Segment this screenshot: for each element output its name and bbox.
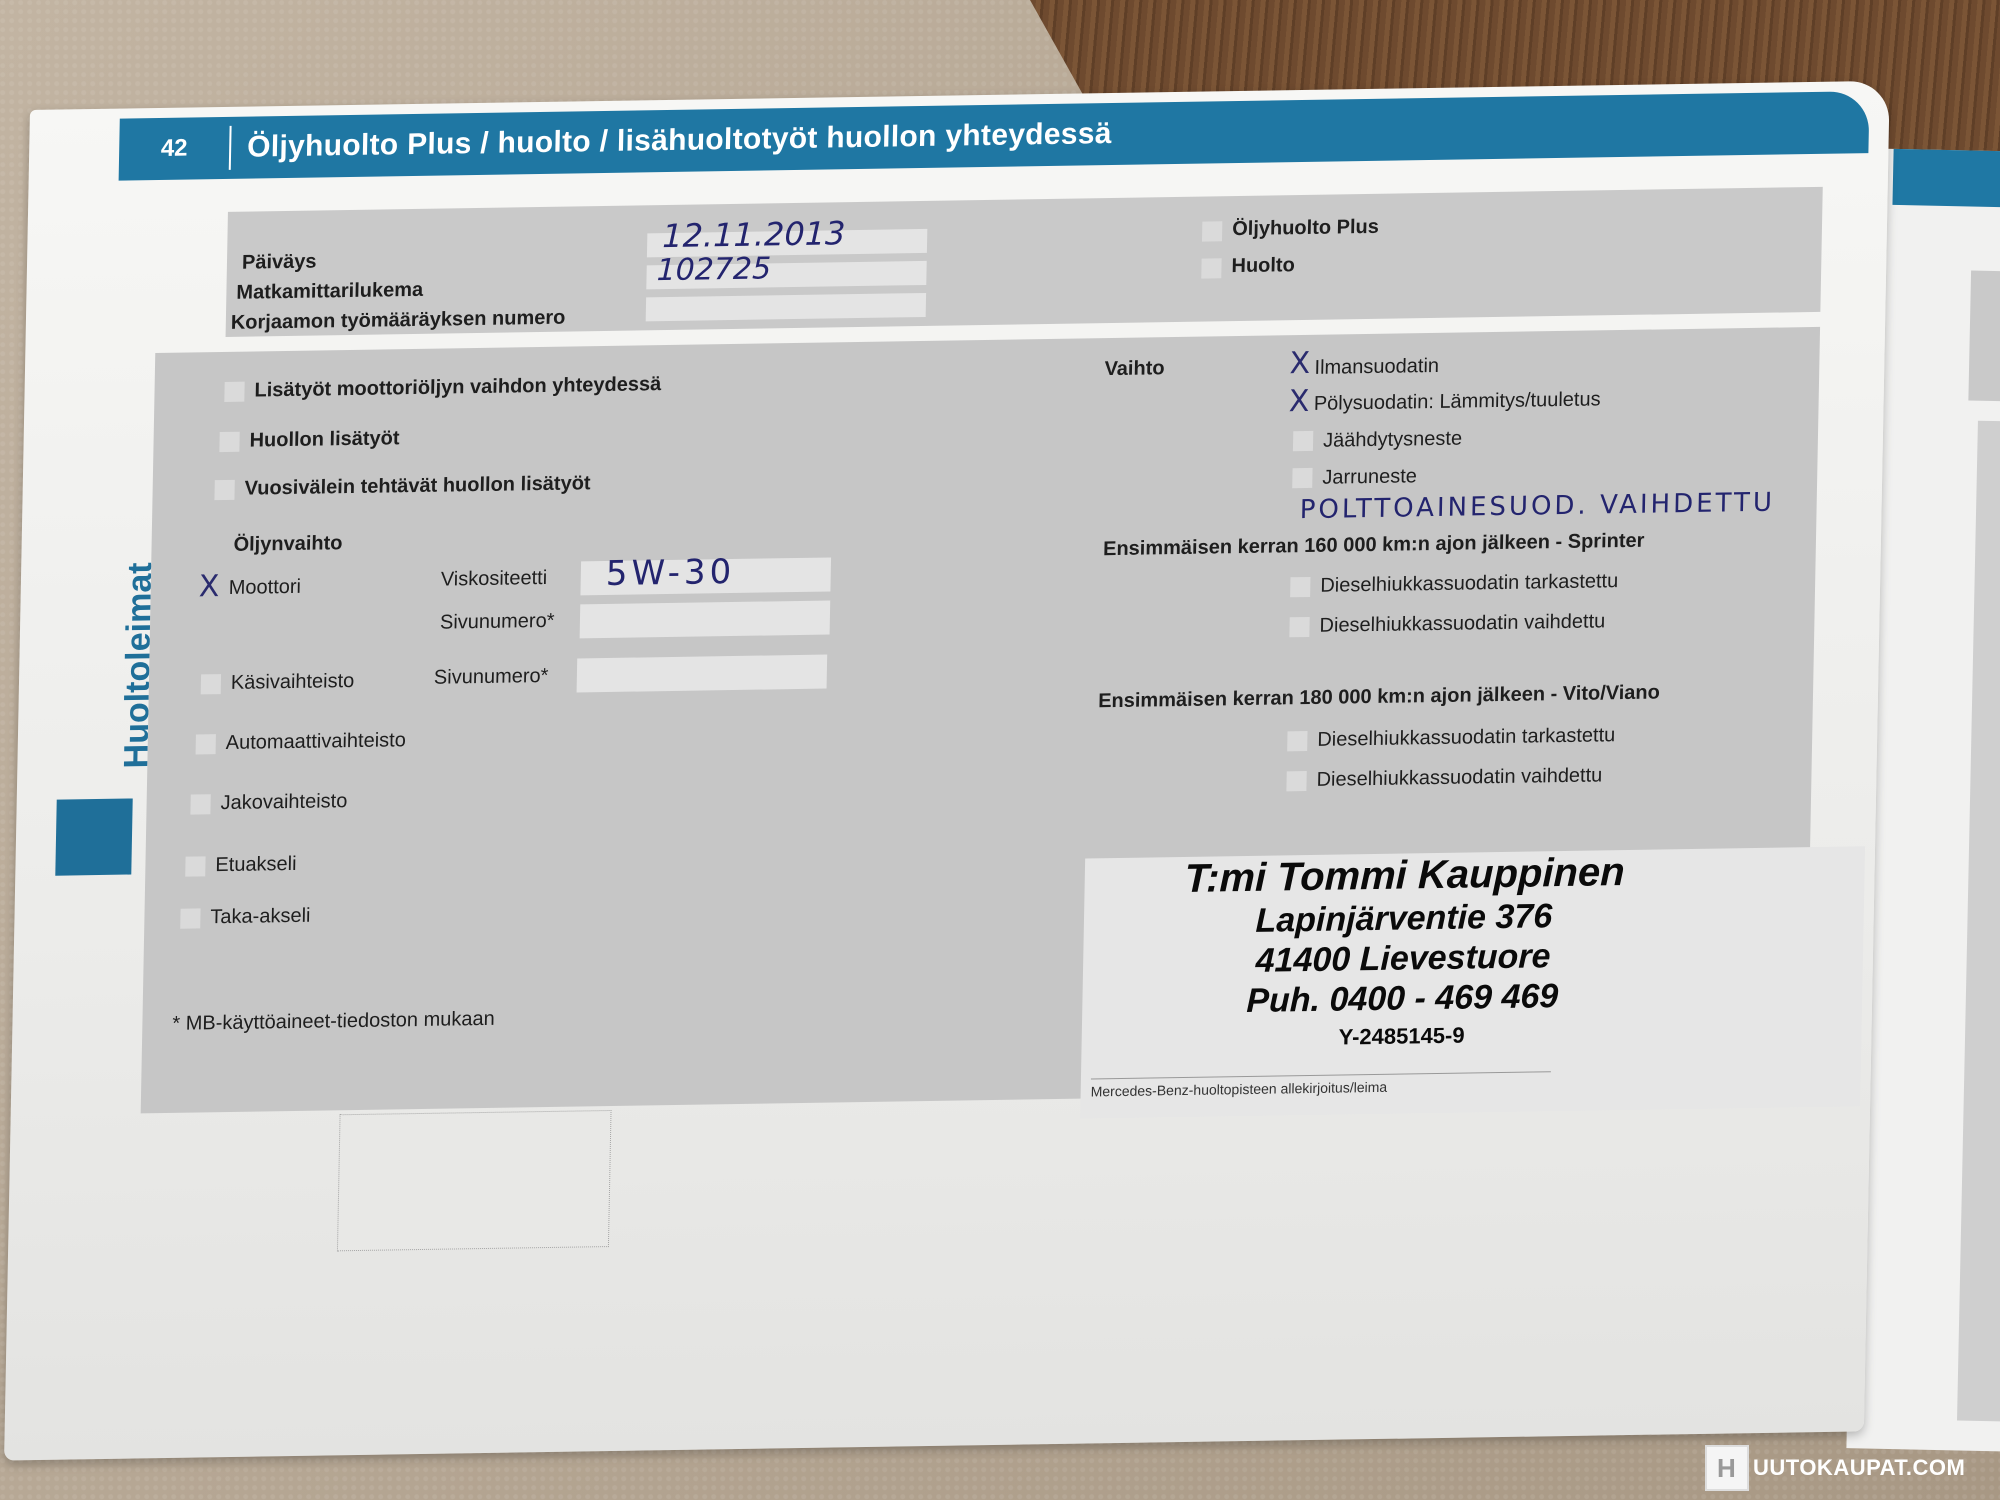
vito-dpf-replaced-label: Dieselhiukkassuodatin vaihdettu: [1316, 764, 1602, 791]
signature-line: [1091, 1071, 1551, 1079]
watermark: H UUTOKAUPAT.COM: [1705, 1445, 1965, 1491]
polysuodatin-label: Pölysuodatin: Lämmitys/tuuletus: [1314, 388, 1601, 416]
footnote: * MB-käyttöaineet-tiedoston mukaan: [172, 1008, 495, 1036]
vuosivalein-lisatyot-label: Vuosivälein tehtävät huollon lisätyöt: [244, 472, 590, 500]
page-number-field-2[interactable]: [577, 655, 828, 693]
odometer-label: Matkamittarilukema: [236, 279, 423, 305]
polysuodatin-check-mark[interactable]: X: [1289, 387, 1310, 417]
page-number: 42: [119, 126, 232, 172]
checkbox-vito-dpf-replaced[interactable]: [1286, 771, 1306, 791]
page-number-label-2: Sivunumero*: [434, 665, 549, 690]
stamp-business-id: Y-2485145-9: [1081, 1019, 1721, 1055]
checkbox-huollon-lisatyot[interactable]: [219, 432, 239, 452]
lisatyot-oljynvaihto-label: Lisätyöt moottoriöljyn vaihdon yhteydess…: [254, 373, 661, 402]
ilmansuodatin-label: Ilmansuodatin: [1314, 355, 1439, 380]
checkbox-oljyhuolto-plus[interactable]: [1202, 221, 1222, 241]
checkbox-kasivaihteisto[interactable]: [201, 674, 221, 694]
engine-check-mark[interactable]: X: [198, 572, 219, 602]
signature-caption: Mercedes-Benz-huoltopisteen allekirjoitu…: [1091, 1079, 1388, 1100]
etuakseli-label: Etuakseli: [215, 853, 297, 877]
kasivaihteisto-label: Käsivaihteisto: [231, 670, 355, 695]
checkbox-vuosivalein-lisatyot[interactable]: [214, 480, 234, 500]
taka-akseli-label: Taka-akseli: [210, 905, 310, 930]
page-number-label-1: Sivunumero*: [440, 610, 555, 635]
watermark-text: UUTOKAUPAT.COM: [1753, 1455, 1965, 1481]
service-booklet: 42 Öljyhuolto Plus / huolto / lisähuolto…: [0, 0, 2000, 1500]
work-order-field[interactable]: [646, 293, 926, 321]
huollon-lisatyot-label: Huollon lisätyöt: [249, 427, 399, 452]
checkbox-automaattivaihteisto[interactable]: [196, 734, 216, 754]
huolto-label: Huolto: [1231, 254, 1295, 278]
page-title: Öljyhuolto Plus / huolto / lisähuoltotyö…: [247, 117, 1112, 165]
ilmansuodatin-check-mark[interactable]: X: [1289, 349, 1310, 379]
checkbox-jakovaihteisto[interactable]: [190, 794, 210, 814]
vito-heading: Ensimmäisen kerran 180 000 km:n ajon jäl…: [1098, 681, 1660, 713]
page-header: 42 Öljyhuolto Plus / huolto / lisähuolto…: [119, 91, 1870, 181]
date-label: Päiväys: [242, 251, 317, 275]
change-heading: Vaihto: [1104, 357, 1164, 381]
jaahdytysneste-label: Jäähdytysneste: [1323, 428, 1462, 453]
handwritten-note: POLTTOAINESUOD. VAIHDETTU: [1299, 488, 1775, 525]
viscosity-value: 5W-30: [605, 552, 735, 594]
odometer-value: 102725: [656, 251, 771, 288]
oljyhuolto-plus-label: Öljyhuolto Plus: [1232, 216, 1379, 241]
jarruneste-label: Jarruneste: [1322, 465, 1417, 489]
jakovaihteisto-label: Jakovaihteisto: [220, 790, 347, 815]
engine-label: Moottori: [229, 576, 302, 600]
checkbox-huolto[interactable]: [1201, 258, 1221, 278]
automaattivaihteisto-label: Automaattivaihteisto: [226, 729, 407, 755]
vito-dpf-checked-label: Dieselhiukkassuodatin tarkastettu: [1317, 724, 1615, 752]
stamp-area: T:mi Tommi Kauppinen Lapinjärventie 376 …: [1080, 846, 1865, 1118]
checkbox-vito-dpf-checked[interactable]: [1287, 731, 1307, 751]
checkbox-jarruneste[interactable]: [1292, 468, 1312, 488]
checkbox-sprinter-dpf-replaced[interactable]: [1289, 617, 1309, 637]
side-tab-marker: [55, 798, 132, 875]
erased-stamp-mark: [338, 1111, 611, 1250]
sprinter-heading: Ensimmäisen kerran 160 000 km:n ajon jäl…: [1103, 530, 1645, 562]
checkbox-etuakseli[interactable]: [185, 856, 205, 876]
sprinter-dpf-replaced-label: Dieselhiukkassuodatin vaihdettu: [1319, 610, 1605, 637]
page-number-field-1[interactable]: [580, 600, 831, 638]
checkbox-taka-akseli[interactable]: [180, 908, 200, 928]
sprinter-dpf-checked-label: Dieselhiukkassuodatin tarkastettu: [1320, 570, 1618, 598]
checkbox-sprinter-dpf-checked[interactable]: [1290, 577, 1310, 597]
viscosity-label: Viskositeetti: [441, 567, 548, 592]
checkbox-jaahdytysneste[interactable]: [1293, 431, 1313, 451]
service-details-panel: Lisätyöt moottoriöljyn vaihdon yhteydess…: [141, 327, 1820, 1113]
checkbox-lisatyot-oljynvaihto[interactable]: [224, 382, 244, 402]
service-info-panel: Päiväys Matkamittarilukema Korjaamon työ…: [226, 187, 1823, 337]
work-order-label: Korjaamon työmääräyksen numero: [231, 307, 566, 335]
huutokaupat-logo-icon: H: [1705, 1445, 1749, 1491]
oil-change-heading: Öljynvaihto: [233, 532, 342, 557]
page-42: 42 Öljyhuolto Plus / huolto / lisähuolto…: [4, 81, 1890, 1461]
date-value: 12.11.2013: [662, 214, 846, 255]
